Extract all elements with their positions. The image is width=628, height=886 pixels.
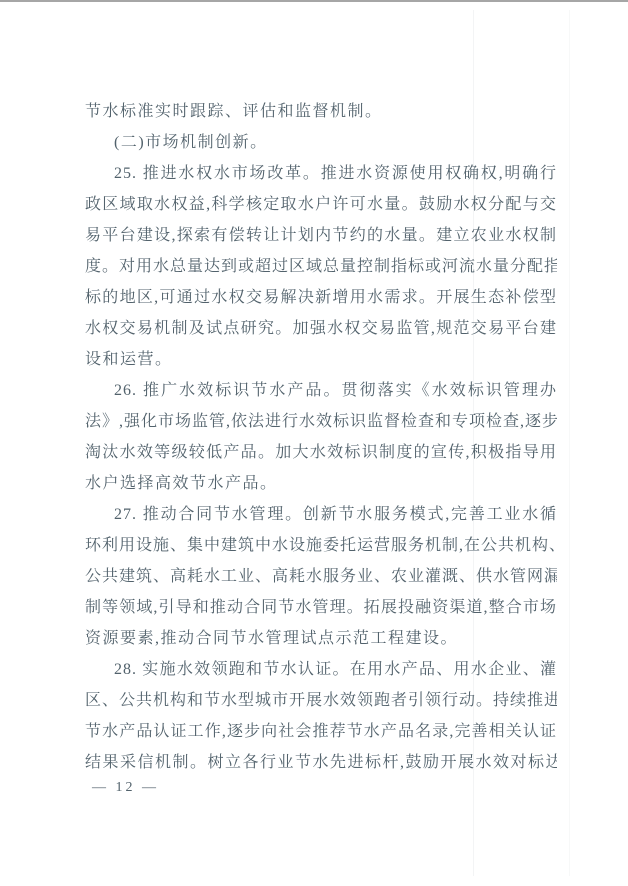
- text-line: (二)市场机制创新。: [85, 127, 557, 158]
- paragraph-continued: 节水标准实时跟踪、评估和监督机制。: [85, 96, 557, 127]
- page-edge-shadow: [569, 10, 570, 876]
- text-line: 水户选择高效节水产品。: [85, 468, 557, 499]
- text-line: 28. 实施水效领跑和节水认证。在用水产品、用水企业、灌: [85, 654, 557, 685]
- text-line: 公共建筑、高耗水工业、高耗水服务业、农业灌溉、供水管网漏损控: [85, 561, 557, 592]
- text-line: 政区域取水权益,科学核定取水户许可水量。鼓励水权分配与交: [85, 189, 557, 220]
- text-line: 资源要素,推动合同节水管理试点示范工程建设。: [85, 623, 557, 654]
- text-line: 设和运营。: [85, 344, 557, 375]
- text-line: 节水产品认证工作,逐步向社会推荐节水产品名录,完善相关认证: [85, 716, 557, 747]
- text-line: 区、公共机构和节水型城市开展水效领跑者引领行动。持续推进: [85, 685, 557, 716]
- window-top-border: [0, 0, 628, 2]
- text-line: 结果采信机制。树立各行业节水先进标杆,鼓励开展水效对标达: [85, 747, 557, 778]
- text-line: 27. 推动合同节水管理。创新节水服务模式,完善工业水循: [85, 499, 557, 530]
- item-28: 28. 实施水效领跑和节水认证。在用水产品、用水企业、灌区、公共机构和节水型城市…: [85, 654, 557, 778]
- text-line: 环利用设施、集中建筑中水设施委托运营服务机制,在公共机构、: [85, 530, 557, 561]
- text-line: 度。对用水总量达到或超过区域总量控制指标或河流水量分配指: [85, 251, 557, 282]
- text-line: 26. 推广水效标识节水产品。贯彻落实《水效标识管理办: [85, 375, 557, 406]
- text-line: 淘汰水效等级较低产品。加大水效标识制度的宣传,积极指导用: [85, 437, 557, 468]
- text-line: 节水标准实时跟踪、评估和监督机制。: [85, 96, 557, 127]
- document-body: 节水标准实时跟踪、评估和监督机制。(二)市场机制创新。25. 推进水权水市场改革…: [85, 96, 557, 778]
- text-line: 标的地区,可通过水权交易解决新增用水需求。开展生态补偿型: [85, 282, 557, 313]
- item-26: 26. 推广水效标识节水产品。贯彻落实《水效标识管理办法》,强化市场监管,依法进…: [85, 375, 557, 499]
- text-line: 法》,强化市场监管,依法进行水效标识监督检查和专项检查,逐步: [85, 406, 557, 437]
- page-number: — 12 —: [92, 780, 159, 796]
- text-line: 制等领域,引导和推动合同节水管理。拓展投融资渠道,整合市场: [85, 592, 557, 623]
- item-27: 27. 推动合同节水管理。创新节水服务模式,完善工业水循环利用设施、集中建筑中水…: [85, 499, 557, 654]
- text-line: 25. 推进水权水市场改革。推进水资源使用权确权,明确行: [85, 158, 557, 189]
- text-line: 易平台建设,探索有偿转让计划内节约的水量。建立农业水权制: [85, 220, 557, 251]
- text-line: 水权交易机制及试点研究。加强水权交易监管,规范交易平台建: [85, 313, 557, 344]
- section-heading: (二)市场机制创新。: [85, 127, 557, 158]
- item-25: 25. 推进水权水市场改革。推进水资源使用权确权,明确行政区域取水权益,科学核定…: [85, 158, 557, 375]
- scanned-document-page: 节水标准实时跟踪、评估和监督机制。(二)市场机制创新。25. 推进水权水市场改革…: [0, 0, 628, 886]
